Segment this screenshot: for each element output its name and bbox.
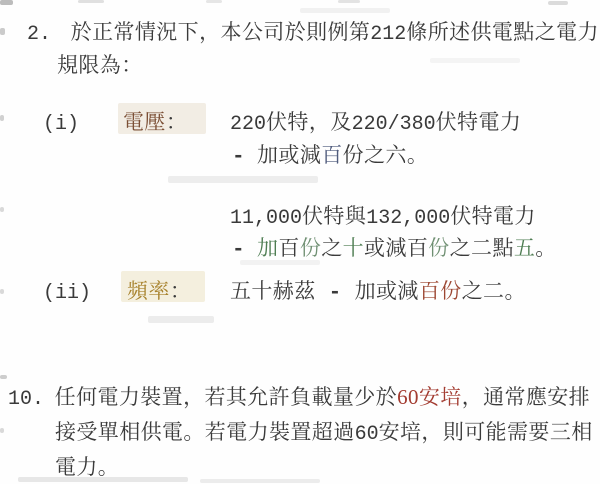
scan-artifact [300,8,390,13]
dash: - [329,282,342,305]
document-page: 2. 於正常情況下，本公司於則例第212條所述供電點之電力 規限為： (i) 電… [0,0,600,484]
item-number: 2. [27,23,51,46]
clause-number: 212 [370,23,406,46]
paragraph-text: 。 [535,236,556,260]
dash: - [232,239,245,262]
frequency-label: 頻率 [127,279,170,303]
paragraph-text: 之 [321,236,342,260]
paragraph-text: 伏特電力 [436,110,522,134]
scan-artifact [200,479,320,483]
item-number: 10. [8,388,44,411]
frequency-value-line: 五十赫茲-加或減百份之二。 [230,279,526,306]
scan-artifact [548,1,568,5]
voltage-label-row: 電壓： [123,110,187,135]
paragraph-text: 份 [300,236,321,260]
voltage-number: 11,000 [230,207,302,230]
paragraph-text: 五 [514,236,535,260]
dash: - [232,146,245,169]
paragraph-text: 百 [278,236,299,260]
scan-artifact [0,115,4,121]
paragraph-text: 之二。 [462,279,526,303]
paragraph-text: 百 [321,143,342,167]
paragraph-text: ，通常應安排 [462,385,590,409]
voltage-tolerance-line-1: -加或減百份之六。 [232,143,428,170]
paragraph-text: 伏特與 [302,204,366,228]
paragraph-text: 份 [428,236,449,260]
voltage-value-line-1: 220伏特，及220/380伏特電力 [230,110,521,137]
paragraph-text: 任何電力裝置，若其允許負載量少於 [55,385,397,409]
scan-artifact [0,0,13,5]
label-colon: ： [166,110,187,134]
paragraph-text: 十 [343,236,364,260]
paragraph-text: 加 [257,236,278,260]
scan-artifact [148,316,214,323]
paragraph-text: 於正常情況下，本公司於則例第 [71,20,371,44]
clause-i-row: (i) [43,110,79,137]
paragraph-text: 份之六。 [343,143,429,167]
ampere-number: 60 [355,423,379,446]
scan-artifact [0,207,4,212]
voltage-value-line-2: 11,000伏特與132,000伏特電力 [230,204,536,231]
paragraph-text: 安培，則可能需要三相 [379,420,593,444]
label-colon: ： [170,279,191,303]
scan-artifact [0,289,4,294]
scan-artifact [338,0,360,3]
paragraph-10-line-2: 接受單相供電。若電力裝置超過60安培，則可能需要三相 [55,420,593,447]
frequency-value: 五十赫茲 [230,279,316,303]
scan-artifact [206,0,222,3]
paragraph-text: 伏特，及 [266,110,352,134]
highlighted-text: 百份 [419,279,462,303]
paragraph-text: 條所述供電點之電力 [406,20,599,44]
voltage-number: 132,000 [366,207,450,230]
scan-artifact [0,375,7,379]
paragraph-text: 接受單相供電。若電力裝置超過 [55,420,355,444]
paragraph-text: 加或減 [355,279,419,303]
paragraph-text: 之二點 [450,236,514,260]
paragraph-2-line-1: 2. 於正常情況下，本公司於則例第212條所述供電點之電力 [27,20,599,47]
scan-artifact [430,58,520,63]
voltage-number: 220 [230,113,266,136]
paragraph-text: 加或減 [257,143,321,167]
highlighted-text: 60安培 [397,385,462,409]
voltage-tolerance-line-2: -加百份之十或減百份之二點五。 [232,236,557,263]
paragraph-text: 規限為： [57,53,143,77]
scan-artifact [168,176,318,183]
paragraph-text: 伏特電力 [450,204,536,228]
scan-artifact [0,28,5,35]
clause-ii-row: (ii) [43,279,91,306]
scan-artifact [78,0,104,3]
clause-marker: (i) [43,113,79,136]
paragraph-10-line-1: 10. 任何電力裝置，若其允許負載量少於60安培，通常應安排 [8,385,590,412]
clause-marker: (ii) [43,282,91,305]
paragraph-2-line-2: 規限為： [57,53,143,78]
voltage-label: 電壓 [123,110,166,134]
paragraph-10-line-3: 電力。 [55,455,119,480]
voltage-number: 220/380 [352,113,436,136]
paragraph-text: 電力。 [55,455,119,479]
paragraph-text: 或減百 [364,236,428,260]
scan-artifact [0,428,4,433]
frequency-label-row: 頻率： [127,279,191,304]
